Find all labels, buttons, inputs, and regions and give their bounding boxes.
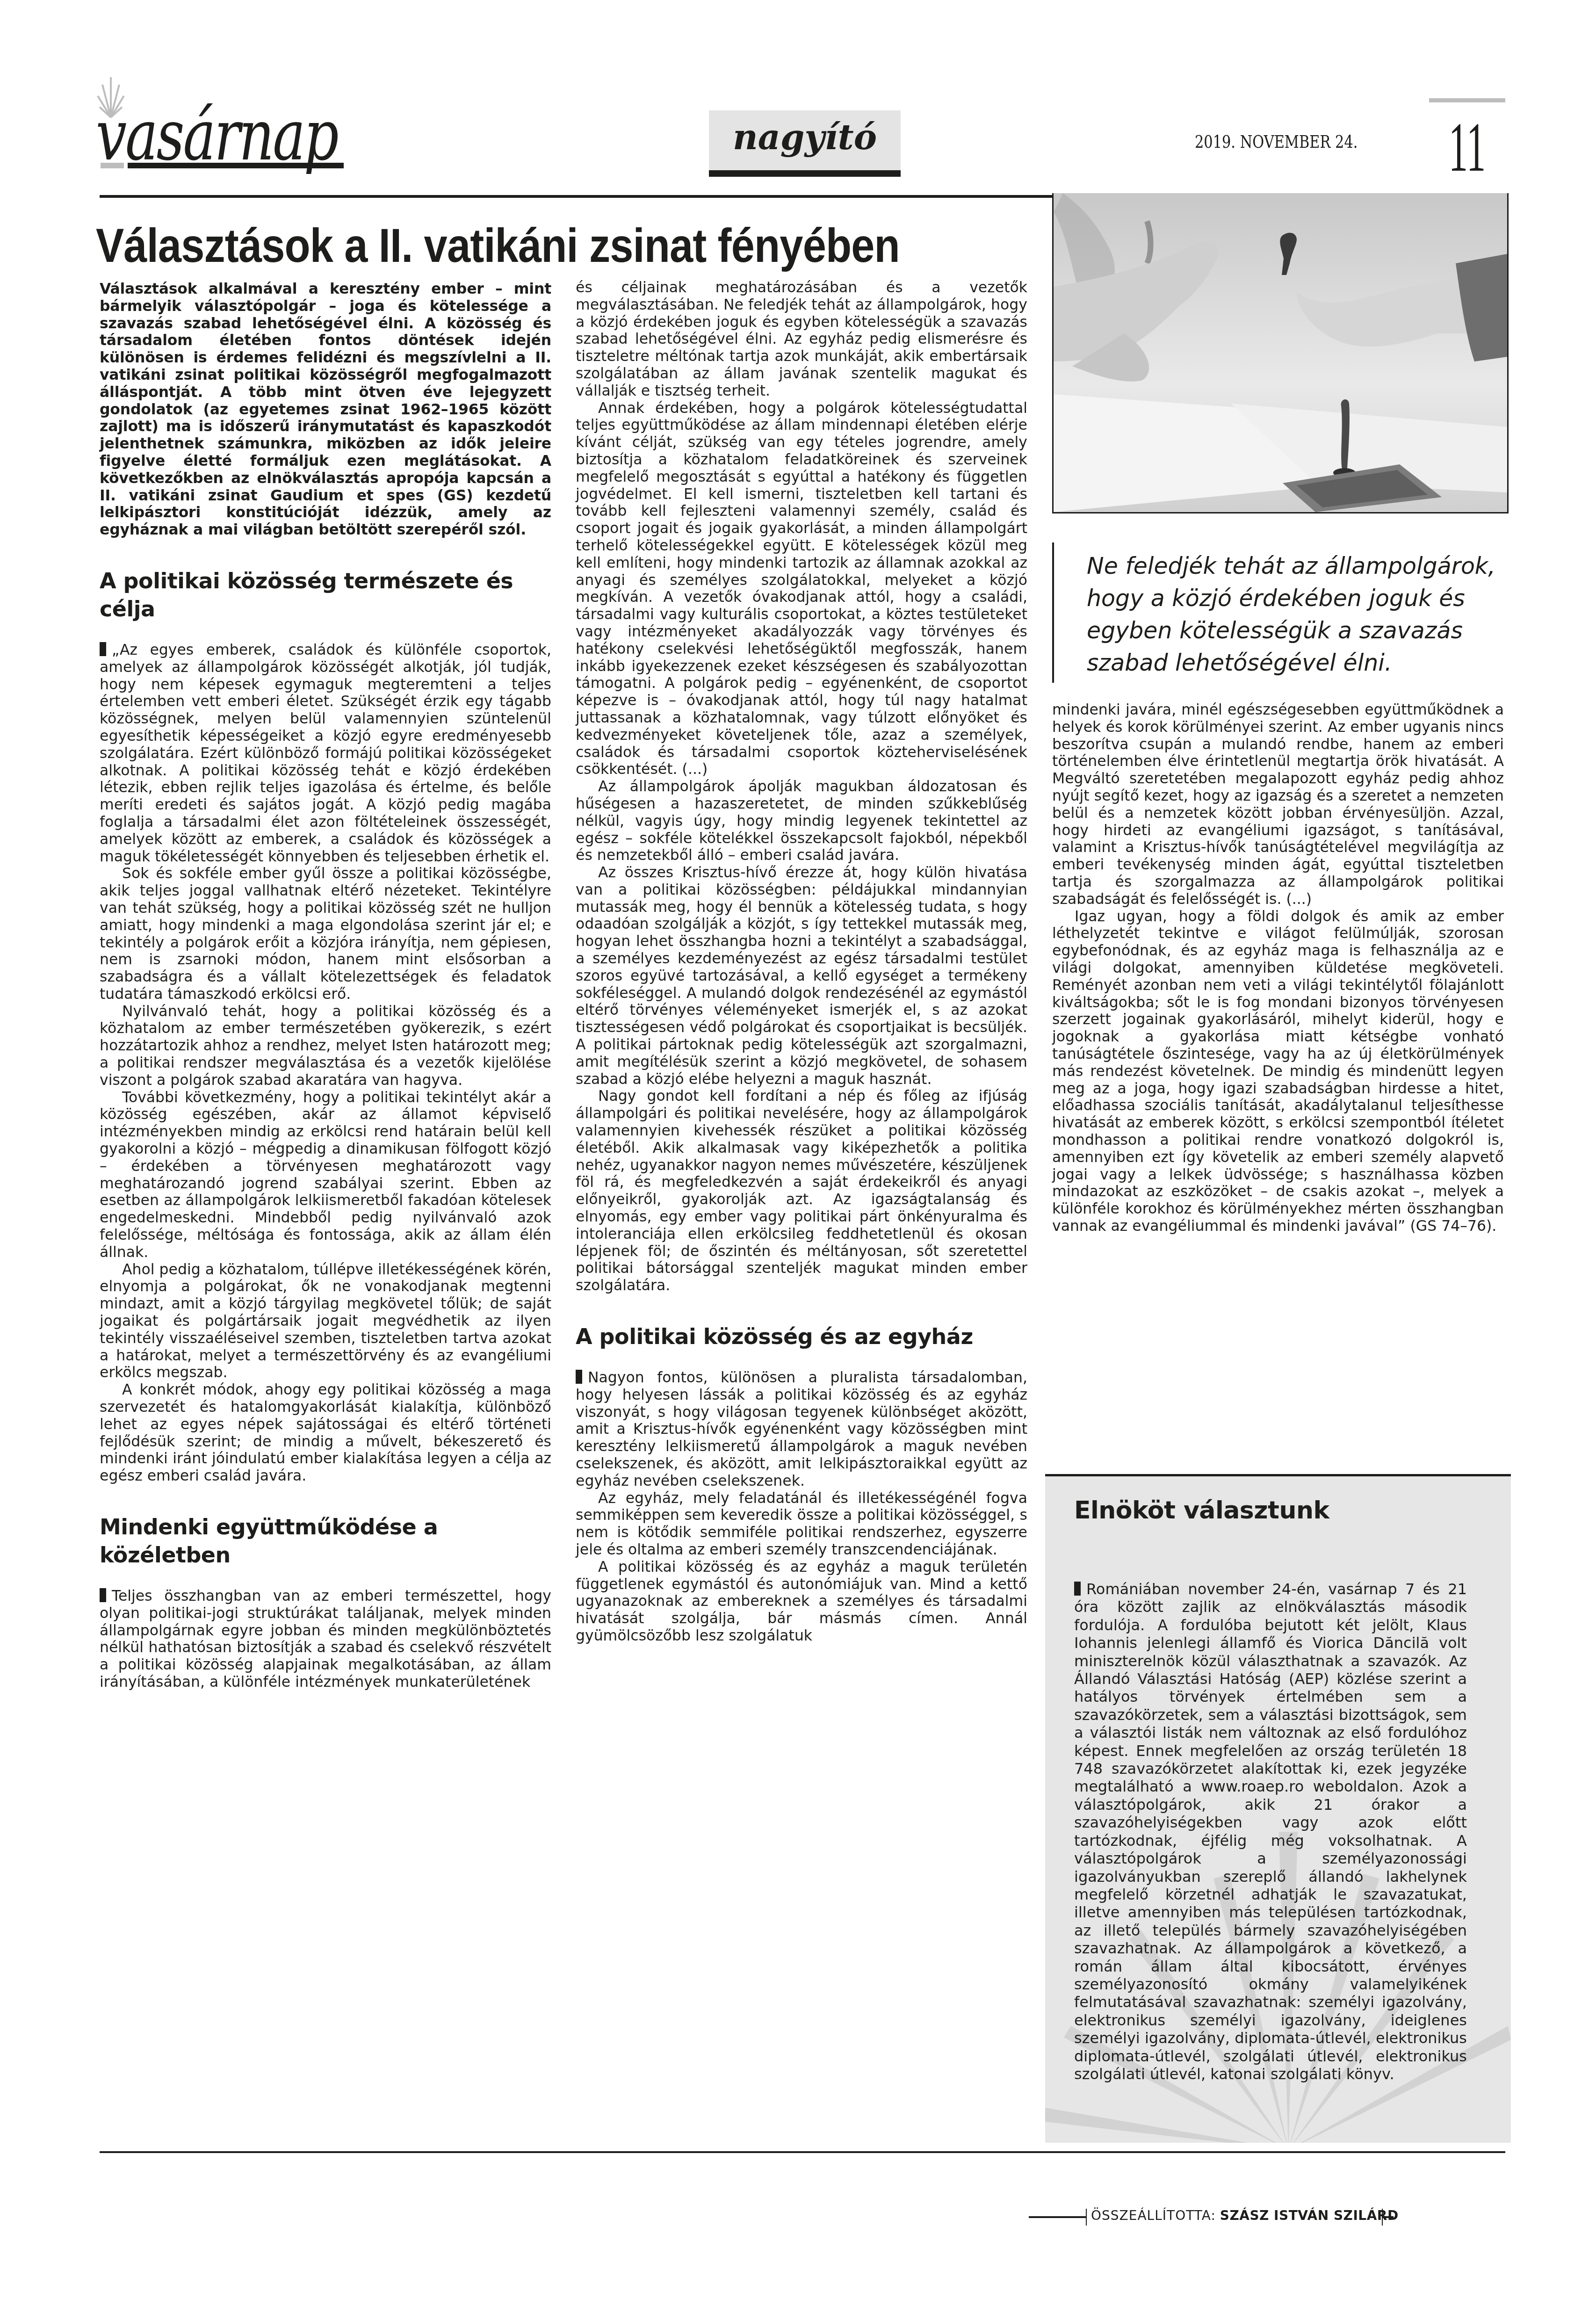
credit-rule-right (1383, 2216, 1394, 2218)
credit-name[interactable]: SZÁSZ ISTVÁN SZILÁRD (1220, 2208, 1399, 2223)
credit-text: ÖSSZEÁLLÍTOTTA: SZÁSZ ISTVÁN SZILÁRD (1091, 2206, 1399, 2225)
logo-underline-grey (101, 163, 124, 168)
logo-underline (101, 163, 344, 168)
column-3: mindenki javára, minél egészségesebben e… (1052, 701, 1504, 1235)
paragraph: Nyilvánvaló tehát, hogy a politikai közö… (100, 1003, 551, 1089)
paragraph-marker-icon (1074, 1582, 1081, 1596)
masthead: vasárnap nagyító 2019. NOVEMBER 24. 11 (0, 0, 1596, 201)
paragraph: Nagyon fontos, különösen a pluralista tá… (576, 1369, 1027, 1490)
column-2: és céljainak meghatározásában és a vezet… (576, 279, 1027, 1645)
article-headline: Választások a II. vatikáni zsinat fényéb… (96, 208, 924, 283)
issue-date: 2019. NOVEMBER 24. (1195, 130, 1358, 153)
credit-tick-left (1086, 2209, 1087, 2226)
page-number-top-rule (1429, 98, 1505, 102)
section-tab-underline (709, 170, 901, 177)
paragraph: A konkrét módok, ahogy egy politikai köz… (100, 1381, 551, 1485)
section-heading-2: Mindenki együttműködése a közéletben (100, 1513, 551, 1569)
article-lead: Választások alkalmával a keresztény embe… (100, 281, 551, 539)
paragraph: Az egyház, mely feladatánál és illetékes… (576, 1490, 1027, 1559)
section-heading-1: A politikai közösség természete és célja (100, 567, 551, 623)
credit-role: ÖSSZEÁLLÍTOTTA: (1091, 2208, 1216, 2223)
paragraph-continued: mindenki javára, minél egészségesebben e… (1052, 701, 1504, 908)
sidebar-title: Elnököt választunk (1074, 1494, 1329, 1527)
paragraph: A politikai közösség és az egyház a magu… (576, 1559, 1027, 1645)
footer-divider (100, 2151, 1505, 2153)
page-number: 11 (1446, 108, 1488, 187)
paragraph: „Az egyes emberek, családok és különféle… (100, 642, 551, 865)
sidebar-body: Romániában november 24-én, vasárnap 7 és… (1074, 1580, 1467, 2083)
paragraph-marker-icon (100, 1588, 106, 1602)
sidebar-box: Elnököt választunk Romániában november 2… (1045, 1474, 1511, 2143)
paragraph-marker-icon (576, 1370, 582, 1384)
logo-wordmark: vasárnap (96, 101, 338, 171)
voting-stamp-photo-icon (1054, 193, 1507, 512)
paragraph-continued: és céljainak meghatározásában és a vezet… (576, 279, 1027, 400)
paragraph: Az összes Krisztus-hívő érezze át, hogy … (576, 864, 1027, 1088)
section-heading-3: A politikai közösség és az egyház (576, 1323, 1027, 1351)
paragraph: Teljes összhangban van az emberi termész… (100, 1588, 551, 1691)
column-1: Választások alkalmával a keresztény embe… (100, 281, 551, 1691)
pull-quote-text: Ne feledjék tehát az állampolgárok, hogy… (1087, 550, 1508, 679)
credit-rule-left (1029, 2216, 1086, 2218)
section-label: nagyító (709, 114, 901, 161)
logo-underline-black (128, 163, 344, 168)
paragraph: Nagy gondot kell fordítani a nép és főle… (576, 1088, 1027, 1294)
section-tab[interactable]: nagyító (709, 110, 901, 170)
paragraph: Sok és sokféle ember gyűl össze a politi… (100, 865, 551, 1003)
paragraph-marker-icon (100, 642, 106, 656)
paragraph: Igaz ugyan, hogy a földi dolgok és amik … (1052, 908, 1504, 1235)
paragraph: Annak érdekében, hogy a polgárok köteles… (576, 400, 1027, 779)
paragraph: Ahol pedig a közhatalom, túllépve illeté… (100, 1261, 551, 1382)
paragraph: Az állampolgárok ápolják magukban áldoza… (576, 778, 1027, 864)
newspaper-logo[interactable]: vasárnap (96, 101, 339, 166)
paragraph: További következmény, hogy a politikai t… (100, 1089, 551, 1261)
article-photo (1052, 193, 1509, 513)
author-credit: ÖSSZEÁLLÍTOTTA: SZÁSZ ISTVÁN SZILÁRD (1029, 2198, 1543, 2226)
pull-quote: Ne feledjék tehát az állampolgárok, hogy… (1052, 542, 1506, 683)
